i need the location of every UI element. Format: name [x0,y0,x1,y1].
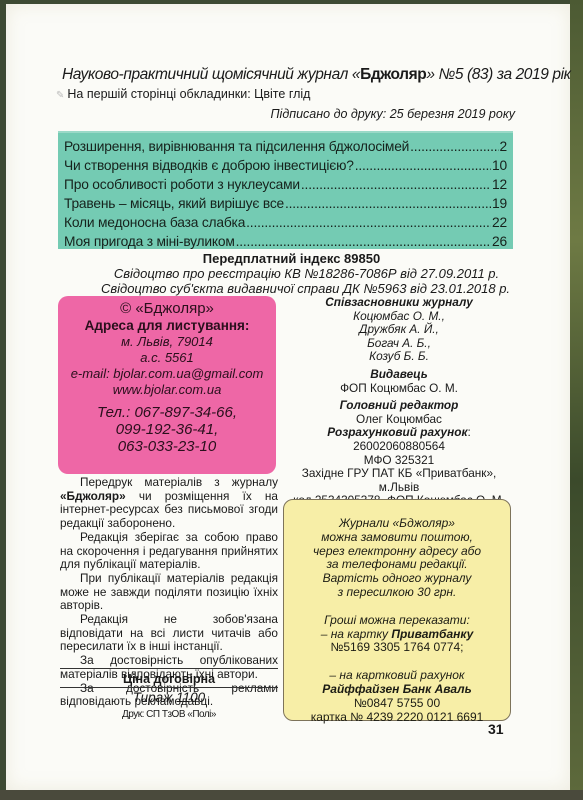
publisher-heading: Видавець [283,368,515,382]
printer: Друк: СП ТзОВ «Полі» [60,709,278,720]
scan-bottom-edge [0,790,583,800]
title-prefix: Науково-практичний щомісячний журнал « [62,66,360,83]
account-heading-line: Розрахунковий рахунок: [283,426,515,440]
contact-box: © «Бджоляр» Адреса для листування: м. Ль… [58,296,276,474]
table-of-contents: Розширення, вирівнювання та підсилення б… [58,131,513,249]
bank-name: Західне ГРУ ПАТ КБ «Приватбанк», [283,467,515,481]
bank-city: м.Львів [283,481,515,495]
order-line: Журнали «Бджоляр» [284,517,510,531]
card-line: – на картку Приватбанку [284,628,510,642]
toc-item-title: Коли медоносна база слабка [64,213,245,232]
toc-item-page: 22 [492,213,507,232]
copyright-brand: © «Бджоляр» [58,300,276,318]
toc-item[interactable]: Моя пригода з міні-вуликом26 [64,232,507,251]
account-number: 26002060880564 [283,440,515,454]
card-account-card: картка № 4239 2220 0121 6691 [284,711,510,725]
legal-p1-lead: Передрук матеріалів з журналу [80,475,278,489]
publisher-info: Співзасновники журналу Коцюмбас О. М., Д… [283,296,515,508]
cofounder: Козуб Б. Б. [283,350,515,364]
cofounder: Коцюмбас О. М., [283,310,515,324]
account-prefix: – на картковий рахунок [284,669,510,683]
card-bank: Приватбанку [391,627,473,641]
legal-paragraph: Редакція зберігає за собою право на скор… [60,531,278,572]
cover-note: ✎На першій сторінці обкладинки: Цвіте гл… [56,87,310,101]
order-line: з пересилкою 30 грн. [284,586,510,600]
cover-edge-photo-strip [570,0,583,800]
address-city: м. Львів, 79014 [58,334,276,350]
toc-leader-dots [410,137,498,156]
toc-item-title: Моя пригода з міні-вуликом [64,232,235,251]
account-bank: Райффайзен Банк Аваль [284,683,510,697]
journal-title: Науково-практичний щомісячний журнал «Бд… [62,66,571,84]
account-colon: : [467,425,470,439]
website-link[interactable]: www.bjolar.com.ua [58,382,276,398]
cofounders-heading: Співзасновники журналу [283,296,515,310]
email-link[interactable]: e-mail: bjolar.com.ua@gmail.com [58,366,276,382]
toc-leader-dots [301,175,491,194]
po-box: а.с. 5561 [58,350,276,366]
cofounder: Дружбяк А. Й., [283,323,515,337]
account-heading: Розрахунковий рахунок [327,425,467,439]
publisher-name: ФОП Коцюмбас О. М. [283,382,515,396]
cover-note-text: На першій сторінці обкладинки: Цвіте глі… [67,87,310,101]
order-line: можна замовити поштою, [284,531,510,545]
phone-2: 099-192-36-41, [58,421,276,438]
toc-leader-dots [285,194,491,213]
legal-paragraph: Передрук матеріалів з журналу «Бджоляр» … [60,476,278,531]
page-number: 31 [488,721,504,737]
card-account-number: №0847 5755 00 [284,697,510,711]
price-note: Ціна договірна [60,672,278,686]
toc-item-page: 10 [492,156,507,175]
transfer-heading: Гроші можна переказати: [284,614,510,628]
signed-to-print: Підписано до друку: 25 березня 2019 року [270,107,515,121]
phone-list: Тел.: 067-897-34-66, 099-192-36-41, 063-… [58,404,276,455]
toc-item[interactable]: Чи створення відводків є доброю інвестиц… [64,156,507,175]
order-info-box: Журнали «Бджоляр» можна замовити поштою,… [283,499,511,721]
toc-item[interactable]: Коли медоносна база слабка22 [64,213,507,232]
toc-item[interactable]: Про особливості роботи з нуклеусами12 [64,175,507,194]
order-line: за телефонами редакції. [284,558,510,572]
mfo: МФО 325321 [283,454,515,468]
pen-mark-icon: ✎ [56,90,64,101]
address-heading: Адреса для листування: [58,318,276,334]
circulation: Тираж 1100 [60,690,278,705]
toc-item-page: 2 [500,137,507,156]
order-line: Вартість одного журналу [284,572,510,586]
title-brand: Бджоляр [360,66,426,83]
toc-item-page: 12 [492,175,507,194]
toc-item[interactable]: Травень – місяць, який вирішує все19 [64,194,507,213]
toc-item-title: Чи створення відводків є доброю інвестиц… [64,156,354,175]
editor-name: Олег Коцюмбас [283,413,515,427]
cofounder: Богач А. Б., [283,337,515,351]
publisher-certificate: Свідоцтво суб'єкта видавничої справи ДК … [0,281,583,296]
toc-leader-dots [246,213,491,232]
phone-3: 063-033-23-10 [58,438,276,455]
toc-item-page: 19 [492,194,507,213]
toc-item-title: Про особливості роботи з нуклеусами [64,175,300,194]
order-line: через електронну адресу або [284,545,510,559]
title-suffix: » №5 (83) за 2019 рік [426,66,570,83]
divider [60,687,278,688]
toc-item-title: Травень – місяць, який вирішує все [64,194,284,213]
toc-leader-dots [355,156,491,175]
editor-heading: Головний редактор [283,399,515,413]
registration-certificate: Свідоцтво про реєстрацію КВ №18286-7086Р… [0,266,583,281]
toc-item[interactable]: Розширення, вирівнювання та підсилення б… [64,137,507,156]
toc-item-page: 26 [492,232,507,251]
toc-leader-dots [236,232,491,251]
divider [60,668,278,669]
toc-item-title: Розширення, вирівнювання та підсилення б… [64,137,409,156]
legal-paragraph: При публікації матеріалів редакція може … [60,572,278,613]
legal-paragraph: Редакція не зобов'язана відповідати на в… [60,613,278,654]
phone-1: Тел.: 067-897-34-66, [58,404,276,421]
legal-p1-brand: «Бджоляр» [60,489,126,503]
card-number: №5169 3305 1764 0774; [284,641,510,655]
card-prefix: – на картку [321,627,392,641]
subscription-index: Передплатний індекс 89850 [0,251,583,266]
